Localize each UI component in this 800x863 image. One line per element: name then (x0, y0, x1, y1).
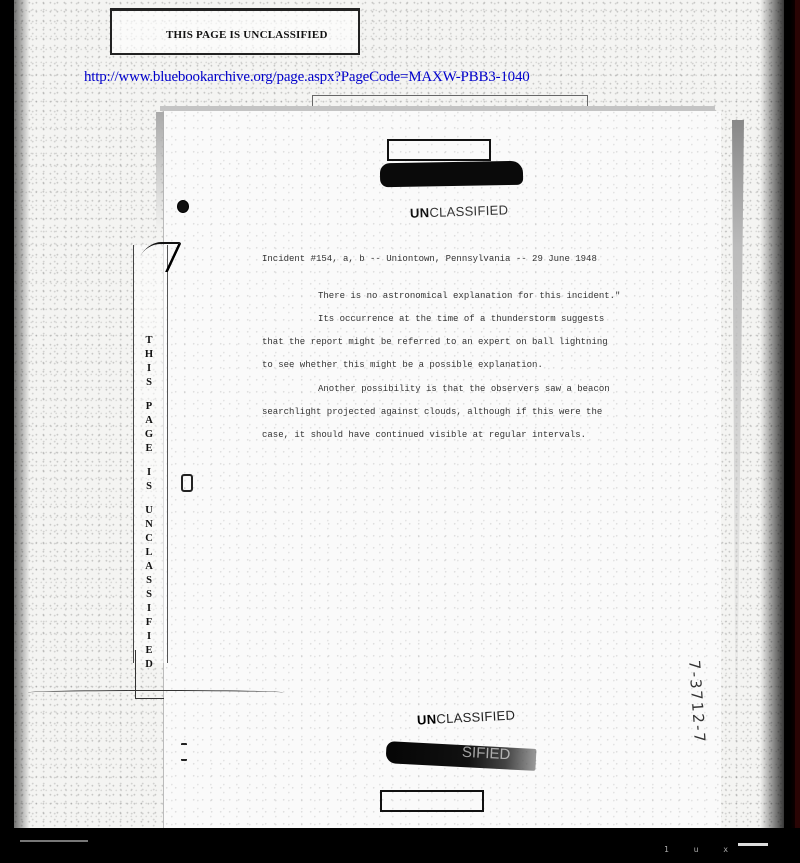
side-strip-letter: E (145, 442, 152, 456)
side-strip-letter: S (146, 588, 152, 602)
punch-hole-icon (181, 474, 193, 492)
side-strip-letter: U (145, 504, 153, 518)
side-strip-letter: I (147, 602, 151, 616)
side-strip-letter: S (146, 574, 152, 588)
side-strip-letter: H (145, 348, 153, 362)
side-strip-letter: F (146, 616, 152, 630)
fastener-mark-icon (181, 743, 187, 761)
incident-heading: Incident #154, a, b -- Uniontown, Pennsy… (262, 254, 597, 264)
paragraph-1-line-2: Its occurrence at the time of a thunders… (318, 314, 604, 324)
side-strip-letter: S (146, 376, 152, 390)
side-strip-letter: I (147, 362, 151, 376)
side-strip-letter: S (146, 480, 152, 494)
redaction-bar-top (380, 161, 523, 187)
stamp-rest: CLASSIFIED (429, 202, 508, 220)
side-classification-text: THISPAGEISUNCLASSIFIED (141, 334, 157, 672)
page-shadow-left (156, 112, 164, 232)
scan-left-edge (0, 0, 30, 828)
scan-red-edge (795, 0, 800, 863)
fold-notch (135, 650, 164, 699)
paragraph-1-line-4: to see whether this might be a possible … (262, 360, 543, 370)
classification-label: THIS PAGE IS UNCLASSIFIED (166, 29, 328, 41)
classification-box-bottom (380, 790, 484, 812)
archive-link[interactable]: http://www.bluebookarchive.org/page.aspx… (84, 69, 530, 86)
paragraph-1-line-1: There is no astronomical explanation for… (318, 291, 620, 301)
side-strip-letter: A (145, 414, 153, 428)
side-strip-letter: I (147, 466, 151, 480)
scan-bottom-tick (20, 840, 88, 842)
paragraph-1-line-3: that the report might be referred to an … (262, 337, 608, 347)
scan-bottom-light (738, 843, 768, 846)
side-strip-letter: P (146, 400, 152, 414)
stamp-lead: UN (410, 205, 430, 221)
paragraph-2-line-2: searchlight projected against clouds, al… (262, 407, 602, 417)
scan-right-edge (760, 0, 800, 828)
redacted-residue: SIFIED (462, 744, 511, 764)
side-strip-letter: A (145, 560, 153, 574)
side-strip-letter: I (147, 630, 151, 644)
paragraph-2-line-1: Another possibility is that the observer… (318, 384, 610, 394)
side-strip-letter: G (145, 428, 153, 442)
side-strip-letter: L (145, 546, 152, 560)
stamp-lead: UN (417, 712, 437, 728)
side-strip-letter: N (145, 518, 153, 532)
paragraph-2-line-3: case, it should have continued visible a… (262, 430, 586, 440)
punch-hole-icon (177, 200, 189, 213)
side-strip-letter: C (145, 532, 153, 546)
scan-bottom-marks: 1 u x (664, 845, 738, 854)
classification-box-top (387, 139, 491, 161)
side-strip-letter: T (145, 334, 152, 348)
